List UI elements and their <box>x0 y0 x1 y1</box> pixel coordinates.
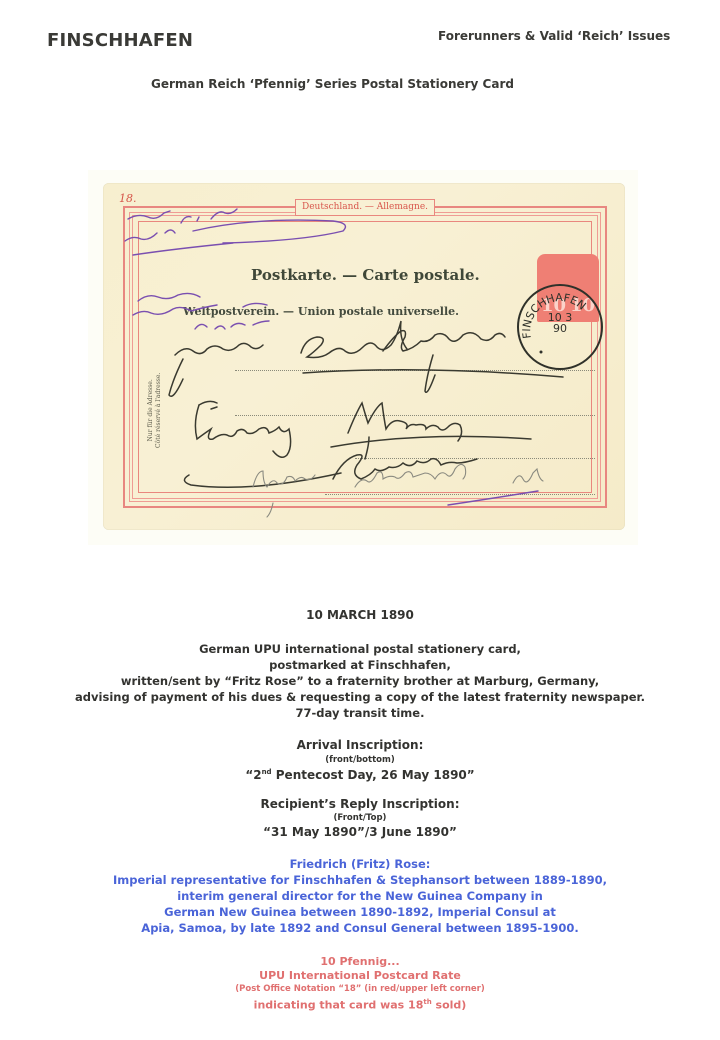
sender-biography: Friedrich (Fritz) Rose: Imperial represe… <box>0 856 720 936</box>
reply-location: (Front/Top) <box>0 813 720 823</box>
section-title: Forerunners & Valid ‘Reich’ Issues <box>438 29 670 43</box>
page-subtitle: German Reich ‘Pfennig’ Series Postal Sta… <box>0 77 665 91</box>
arrival-location: (front/bottom) <box>0 755 720 765</box>
reply-quote: “31 May 1890”/3 June 1890” <box>0 825 720 839</box>
handwriting-icon <box>103 183 625 530</box>
card-description: German UPU international postal statione… <box>0 641 720 721</box>
arrival-heading: Arrival Inscription: <box>0 738 720 752</box>
reply-heading: Recipient’s Reply Inscription: <box>0 797 720 811</box>
postal-card-image: 18. Deutschland. — Allemagne. Postkarte.… <box>103 183 625 530</box>
arrival-quote: “2nd Pentecost Day, 26 May 1890” <box>0 768 720 782</box>
card-date: 10 MARCH 1890 <box>0 608 720 622</box>
postage-rate-note: 10 Pfennig... UPU International Postcard… <box>0 955 720 1013</box>
page-title: FINSCHHAFEN <box>47 30 193 51</box>
